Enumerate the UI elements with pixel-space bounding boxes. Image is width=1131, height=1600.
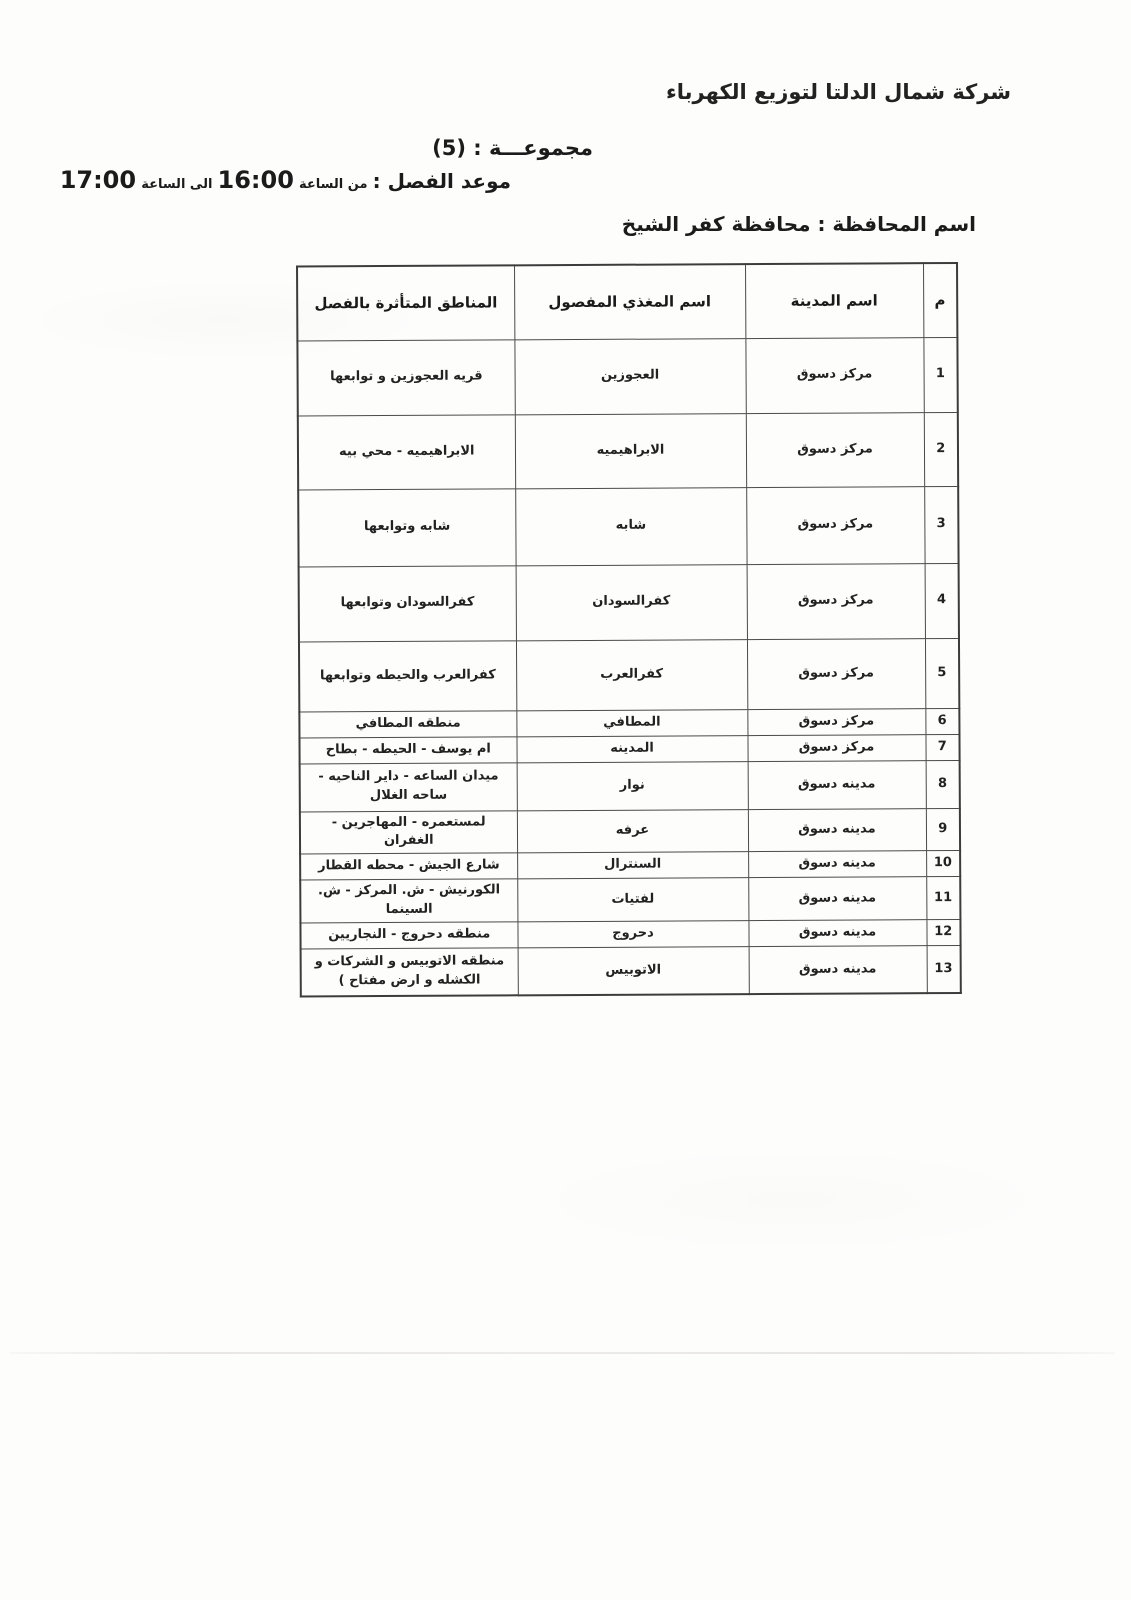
cell-row-number: 9 <box>926 808 960 851</box>
group-number-line: مجموعـــة : (5) <box>432 136 593 160</box>
table-row: 1 مركز دسوق العجوزين قريه العجوزين و توا… <box>297 337 957 415</box>
table-row: 12 مدينه دسوق دحروج منطقه دحروج - النجار… <box>300 919 960 948</box>
cell-affected-areas: كفرالعرب والحيطه وتوابعها <box>299 640 516 711</box>
cell-city-name: مدينه دسوق <box>748 760 926 809</box>
disconnection-time-line: موعد الفصل : من الساعة 16:00 الى الساعة … <box>60 166 511 194</box>
cell-row-number: 1 <box>923 337 957 412</box>
cell-feeder-name: نوار <box>517 761 748 810</box>
cell-affected-areas: شابه وتوابعها <box>298 488 515 566</box>
cell-feeder-name: السنترال <box>517 852 748 879</box>
cell-feeder-name: كفرالسودان <box>516 564 747 640</box>
cell-affected-areas: الابراهيميه - محي بيه <box>298 414 515 489</box>
schedule-to-label: الى الساعة <box>141 177 212 192</box>
table-row: 5 مركز دسوق كفرالعرب كفرالعرب والحيطه وت… <box>299 638 959 711</box>
cell-affected-areas: لمستعمره - المهاجرين - الغفران <box>300 810 517 854</box>
cell-feeder-name: لفتيات <box>517 878 748 922</box>
schedule-from-label: من الساعة <box>299 177 368 192</box>
cell-affected-areas: ام يوسف - الحيطه - بطاح <box>299 736 516 763</box>
col-header-city: اسم المدينة <box>745 263 923 338</box>
cell-row-number: 7 <box>925 734 959 760</box>
cell-row-number: 2 <box>924 412 958 486</box>
schedule-label: موعد الفصل : <box>373 169 511 193</box>
cell-city-name: مدينه دسوق <box>749 946 927 995</box>
schedule-table: م اسم المدينة اسم المغذي المفصول المناطق… <box>296 262 962 998</box>
cell-feeder-name: دحروج <box>517 920 748 947</box>
cell-feeder-name: المدينه <box>516 735 747 762</box>
cell-city-name: مركز دسوق <box>746 412 924 487</box>
cell-row-number: 6 <box>925 708 959 734</box>
table-row: 9 مدينه دسوق عرفه لمستعمره - المهاجرين -… <box>300 808 960 854</box>
cell-city-name: مركز دسوق <box>746 486 924 564</box>
cell-row-number: 11 <box>926 877 960 920</box>
cell-row-number: 5 <box>925 638 959 708</box>
cell-feeder-name: العجوزين <box>514 338 745 414</box>
cell-city-name: مركز دسوق <box>747 638 925 709</box>
table-row: 10 مدينه دسوق السنترال شارع الجيش - محطه… <box>300 851 960 880</box>
cell-row-number: 13 <box>927 945 961 993</box>
cell-city-name: مدينه دسوق <box>748 920 926 947</box>
cell-feeder-name: شابه <box>515 487 746 565</box>
cell-feeder-name: كفرالعرب <box>516 639 747 710</box>
cell-city-name: مركز دسوق <box>747 708 925 735</box>
cell-affected-areas: منطقه الاتوبيس و الشركات و الكشله و ارض … <box>301 948 518 997</box>
table-row: 8 مدينه دسوق نوار ميدان الساعه - داير ال… <box>300 760 960 811</box>
cell-city-name: مركز دسوق <box>747 563 925 639</box>
cell-city-name: مدينه دسوق <box>748 877 926 921</box>
table-row: 2 مركز دسوق الابراهيميه الابراهيميه - مح… <box>298 412 958 489</box>
schedule-to-time: 17:00 <box>60 166 136 194</box>
cell-city-name: مركز دسوق <box>745 337 923 413</box>
table-row: 4 مركز دسوق كفرالسودان كفرالسودان وتوابع… <box>299 563 959 641</box>
cell-affected-areas: منطقه المطافي <box>299 710 516 737</box>
table-row: 13 مدينه دسوق الاتوبيس منطقه الاتوبيس و … <box>301 945 961 996</box>
company-title: شركة شمال الدلتا لتوزيع الكهرباء <box>666 80 1011 104</box>
cell-affected-areas: الكورنيش - ش. المركز - ش. السينما <box>300 879 517 923</box>
table-row: 3 مركز دسوق شابه شابه وتوابعها <box>298 486 958 566</box>
cell-city-name: مركز دسوق <box>747 734 925 761</box>
table-header-row: م اسم المدينة اسم المغذي المفصول المناطق… <box>297 263 957 340</box>
cell-feeder-name: المطافي <box>516 709 747 736</box>
cell-feeder-name: الاتوبيس <box>518 946 749 995</box>
table-row: 6 مركز دسوق المطافي منطقه المطافي <box>299 708 959 737</box>
cell-city-name: مدينه دسوق <box>748 808 926 852</box>
scanned-document-page: شركة شمال الدلتا لتوزيع الكهرباء مجموعــ… <box>0 0 1131 1600</box>
cell-feeder-name: عرفه <box>517 809 748 853</box>
col-header-no: م <box>923 263 957 337</box>
cell-feeder-name: الابراهيميه <box>515 413 746 488</box>
governorate-line: اسم المحافظة : محافظة كفر الشيخ <box>622 212 976 236</box>
table-row: 7 مركز دسوق المدينه ام يوسف - الحيطه - ب… <box>299 734 959 763</box>
scan-artifact-line <box>10 1352 1115 1354</box>
table-row: 11 مدينه دسوق لفتيات الكورنيش - ش. المرك… <box>300 877 960 923</box>
cell-row-number: 3 <box>924 486 958 563</box>
col-header-feeder: اسم المغذي المفصول <box>514 264 745 339</box>
cell-affected-areas: منطقه دحروج - النجاريين <box>300 922 517 949</box>
cell-row-number: 4 <box>925 563 959 638</box>
cell-row-number: 12 <box>926 919 960 945</box>
cell-affected-areas: شارع الجيش - محطه القطار <box>300 853 517 880</box>
schedule-table-wrap: م اسم المدينة اسم المغذي المفصول المناطق… <box>298 262 962 998</box>
cell-row-number: 8 <box>926 760 960 808</box>
col-header-areas: المناطق المتأثرة بالفصل <box>297 265 514 340</box>
cell-affected-areas: كفرالسودان وتوابعها <box>299 565 516 641</box>
schedule-table-body: 1 مركز دسوق العجوزين قريه العجوزين و توا… <box>297 337 960 997</box>
cell-affected-areas: قريه العجوزين و توابعها <box>297 339 514 415</box>
cell-city-name: مدينه دسوق <box>748 851 926 878</box>
schedule-from-time: 16:00 <box>218 166 294 194</box>
cell-affected-areas: ميدان الساعه - داير الناحيه - ساحه الغلا… <box>300 762 517 811</box>
cell-row-number: 10 <box>926 851 960 877</box>
